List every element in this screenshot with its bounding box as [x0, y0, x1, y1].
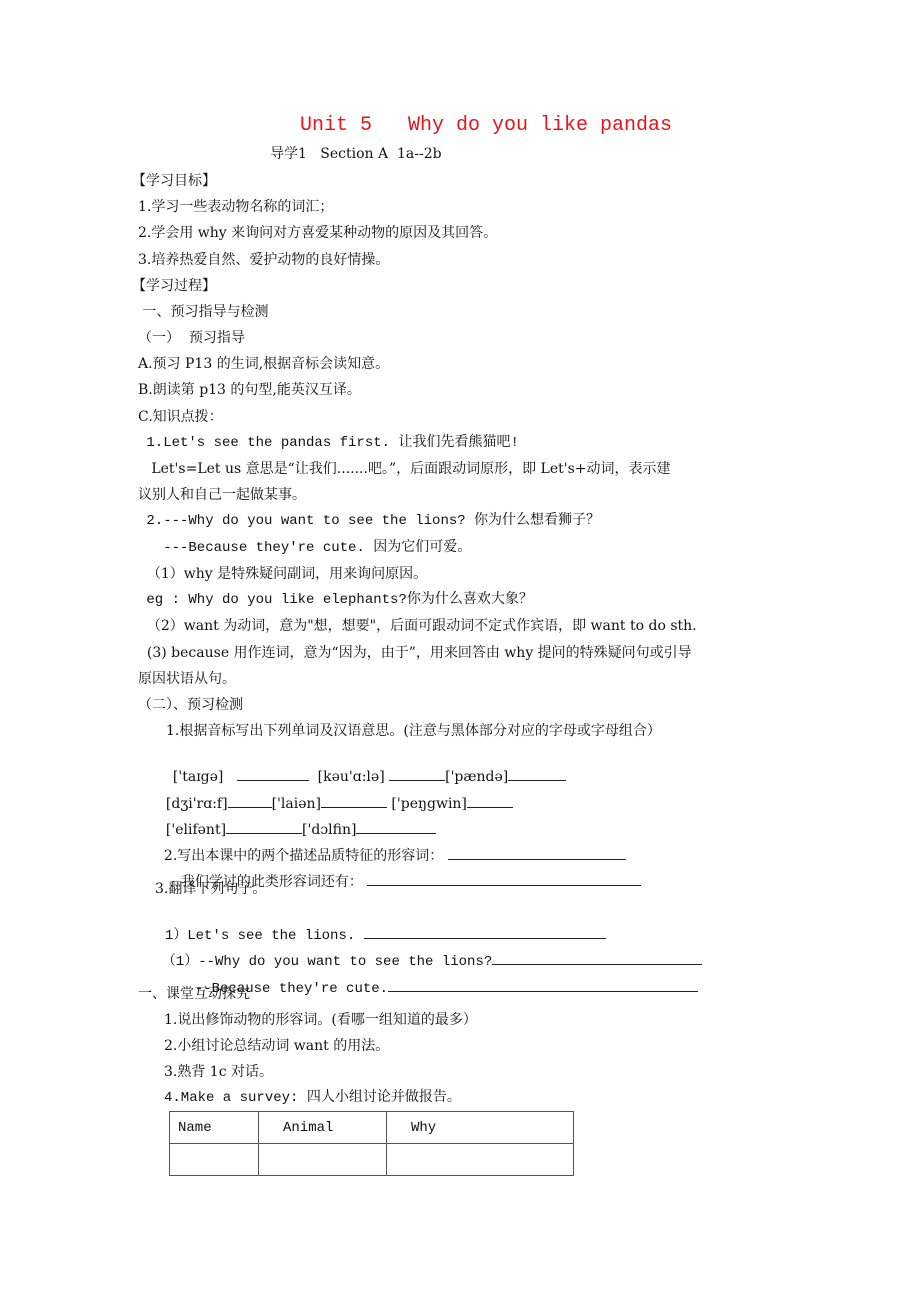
- survey-table: Name Animal Why: [169, 1111, 574, 1176]
- guide-point: ---Because they're cute. 因为它们可爱。: [138, 539, 471, 557]
- class-item: 3.熟背 1c 对话。: [164, 1063, 273, 1081]
- objectives-heading: 【学习目标】: [132, 172, 216, 190]
- check-question: 1.根据音标写出下列单词及汉语意思。(注意与黑体部分对应的字母或字母组合）: [166, 722, 661, 740]
- guide-note: （2）want 为动词，意为"想，想要"，后面可跟动词不定式作宾语，即 want…: [138, 617, 697, 635]
- guide-note: Let's=Let us 意思是“让我们.......吧。”，后面跟动词原形，即…: [138, 460, 671, 478]
- table-row: [170, 1144, 574, 1176]
- table-header-row: Name Animal Why: [170, 1112, 574, 1144]
- check-question: 3.翻译下列句子。: [155, 880, 266, 898]
- section-heading: 一、课堂互动探究: [138, 985, 250, 1003]
- guide-note: (3) because 用作连词，意为“因为，由于”，用来回答由 why 提问的…: [138, 644, 692, 662]
- guide-point: 1.Let's see the pandas first. 让我们先看熊猫吧!: [138, 434, 519, 452]
- objective-item: 3.培养热爱自然、爱护动物的良好情操。: [138, 251, 389, 269]
- guide-note: 议别人和自己一起做某事。: [138, 486, 306, 504]
- subsection-heading: （二）、预习检测: [138, 696, 243, 714]
- table-header-name: Name: [170, 1112, 259, 1144]
- table-header-animal: Animal: [259, 1112, 387, 1144]
- class-item: 4.Make a survey: 四人小组讨论并做报告。: [164, 1089, 461, 1107]
- guide-note: 原因状语从句。: [138, 670, 236, 688]
- class-item: 2.小组讨论总结动词 want 的用法。: [164, 1037, 389, 1055]
- translate-item: --Because they're cute.: [178, 959, 698, 998]
- subtitle: 导学1 Section A 1a--2b: [270, 145, 442, 163]
- section-heading: 一、预习指导与检测: [138, 303, 268, 321]
- class-item: 1.说出修饰动物的形容词。(看哪一组知道的最多）: [164, 1011, 477, 1029]
- objective-item: 1.学习一些表动物名称的词汇；: [138, 198, 333, 216]
- answer-blank[interactable]: [508, 766, 566, 781]
- answer-blank[interactable]: [467, 793, 513, 808]
- table-cell[interactable]: [259, 1144, 387, 1176]
- guide-example: eg : Why do you like elephants?你为什么喜欢大象？: [138, 591, 533, 609]
- subsection-heading: （一） 预习指导: [138, 329, 245, 347]
- table-cell[interactable]: [170, 1144, 259, 1176]
- page-title: Unit 5 Why do you like pandas: [300, 113, 672, 139]
- process-heading: 【学习过程】: [132, 277, 216, 295]
- objective-item: 2.学会用 why 来询问对方喜爱某种动物的原因及其回答。: [138, 224, 497, 242]
- guide-item: C.知识点拨：: [138, 408, 223, 426]
- table-cell[interactable]: [387, 1144, 574, 1176]
- answer-blank[interactable]: [367, 871, 641, 886]
- table-header-why: Why: [387, 1112, 574, 1144]
- answer-blank[interactable]: [388, 977, 698, 992]
- guide-point: 2.---Why do you want to see the lions? 你…: [138, 512, 600, 530]
- guide-item: B.朗读第 p13 的句型,能英汉互译。: [138, 381, 361, 399]
- guide-item: A.预习 P13 的生词,根据音标会读知意。: [138, 355, 389, 373]
- guide-note: （1）why 是特殊疑问副词，用来询问原因。: [138, 565, 427, 583]
